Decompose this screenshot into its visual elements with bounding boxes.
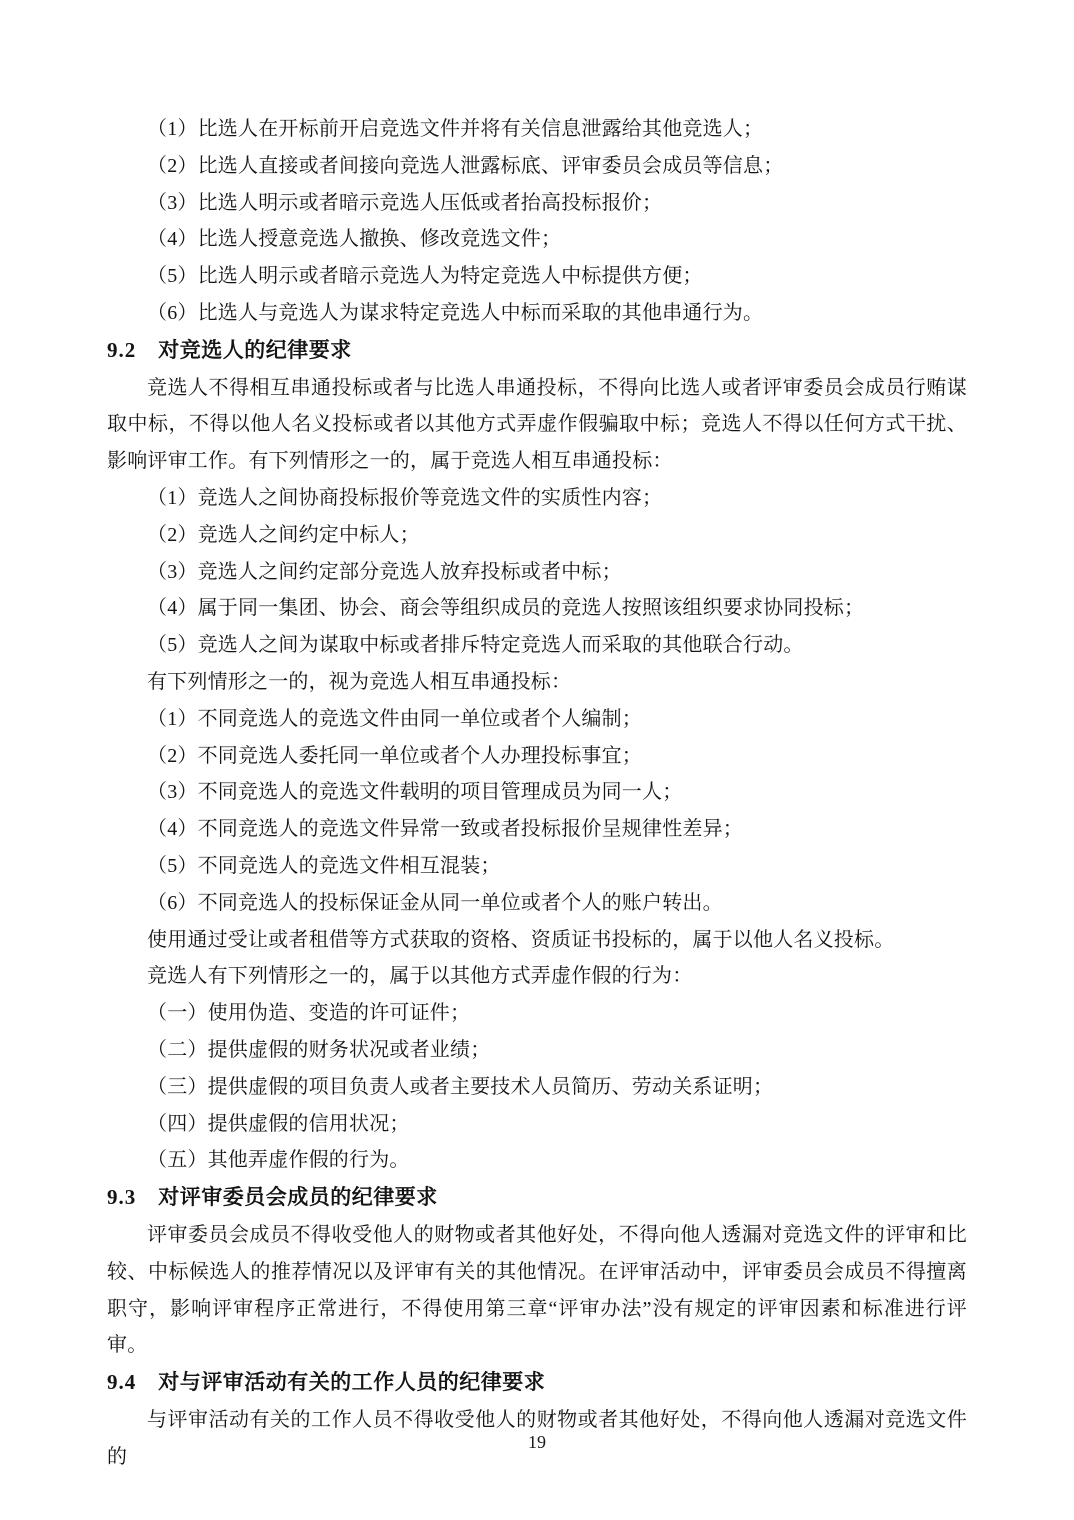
section-number: 9.2 [107,332,136,369]
section-title: 对竞选人的纪律要求 [158,333,352,370]
section-heading: 9.4对与评审活动有关的工作人员的纪律要求 [107,1364,967,1402]
paragraph: 有下列情形之一的，视为竞选人相互串通投标： [107,664,967,701]
section-title: 对评审委员会成员的纪律要求 [158,1180,438,1217]
paragraph: 评审委员会成员不得收受他人的财物或者其他好处，不得向他人透漏对竞选文件的评审和比… [107,1217,967,1364]
section-title: 对与评审活动有关的工作人员的纪律要求 [158,1365,545,1402]
list-item: （1）竞选人之间协商投标报价等竞选文件的实质性内容； [107,480,967,517]
list-item: （2）不同竞选人委托同一单位或者个人办理投标事宜； [107,738,967,775]
page-number: 19 [0,1430,1074,1454]
section-number: 9.4 [107,1364,136,1401]
paragraph: 竞选人有下列情形之一的，属于以其他方式弄虚作假的行为： [107,958,967,995]
paragraph: 使用通过受让或者租借等方式获取的资格、资质证书投标的，属于以他人名义投标。 [107,922,967,959]
list-item: （五）其他弄虚作假的行为。 [107,1142,967,1179]
list-item: （6）不同竞选人的投标保证金从同一单位或者个人的账户转出。 [107,885,967,922]
list-item: （2）比选人直接或者间接向竞选人泄露标底、评审委员会成员等信息； [107,148,967,185]
list-item: （三）提供虚假的项目负责人或者主要技术人员简历、劳动关系证明； [107,1069,967,1106]
list-item: （3）不同竞选人的竞选文件载明的项目管理成员为同一人； [107,774,967,811]
list-item: （二）提供虚假的财务状况或者业绩； [107,1032,967,1069]
section-heading: 9.2对竞选人的纪律要求 [107,332,967,370]
list-item: （2）竞选人之间约定中标人； [107,517,967,554]
section-number: 9.3 [107,1179,136,1216]
list-item: （1）不同竞选人的竞选文件由同一单位或者个人编制； [107,701,967,738]
list-item: （4）属于同一集团、协会、商会等组织成员的竞选人按照该组织要求协同投标； [107,590,967,627]
list-item: （3）比选人明示或者暗示竞选人压低或者抬高投标报价； [107,185,967,222]
list-item: （5）比选人明示或者暗示竞选人为特定竞选人中标提供方便； [107,258,967,295]
list-item: （四）提供虚假的信用状况； [107,1106,967,1143]
document-page: （1）比选人在开标前开启竞选文件并将有关信息泄露给其他竞选人；（2）比选人直接或… [0,0,1074,1520]
document-content: （1）比选人在开标前开启竞选文件并将有关信息泄露给其他竞选人；（2）比选人直接或… [107,111,967,1475]
list-item: （一）使用伪造、变造的许可证件； [107,995,967,1032]
list-item: （3）竞选人之间约定部分竞选人放弃投标或者中标； [107,554,967,591]
list-item: （5）不同竞选人的竞选文件相互混装； [107,848,967,885]
list-item: （4）比选人授意竞选人撤换、修改竞选文件； [107,221,967,258]
list-item: （4）不同竞选人的竞选文件异常一致或者投标报价呈规律性差异； [107,811,967,848]
list-item: （5）竞选人之间为谋取中标或者排斥特定竞选人而采取的其他联合行动。 [107,627,967,664]
list-item: （1）比选人在开标前开启竞选文件并将有关信息泄露给其他竞选人； [107,111,967,148]
list-item: （6）比选人与竞选人为谋求特定竞选人中标而采取的其他串通行为。 [107,295,967,332]
paragraph: 竞选人不得相互串通投标或者与比选人串通投标，不得向比选人或者评审委员会成员行贿谋… [107,370,967,480]
section-heading: 9.3对评审委员会成员的纪律要求 [107,1179,967,1217]
